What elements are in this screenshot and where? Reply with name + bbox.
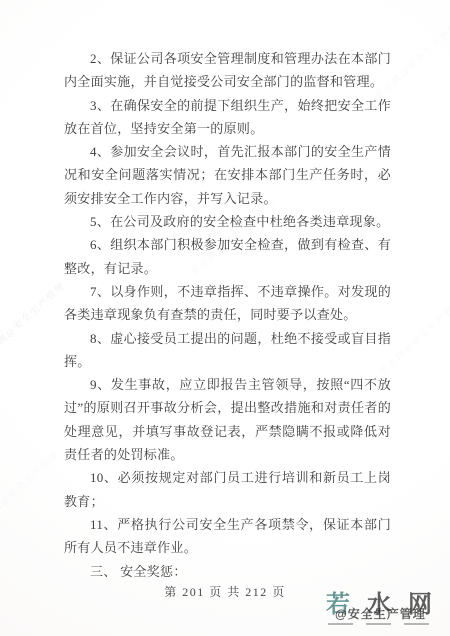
diagonal-watermark: 若水网@安全生产管理 (0, 279, 68, 362)
diagonal-watermark: 若水网@安全生产管理 (0, 447, 62, 530)
logo-mark (328, 623, 353, 625)
logo-mark (366, 623, 391, 625)
paragraph-item-11: 11、严格执行公司安全生产各项禁令，保证本部门所有人员不违章作业。 (64, 513, 391, 560)
logo-mark (404, 623, 429, 625)
paragraph-item-5: 5、在公司及政府的安全检查中杜绝各类违章现象。 (64, 210, 391, 233)
site-logo-watermark: 若水网 @安全生产管理 (326, 592, 450, 634)
logo-subtext-marks (328, 623, 450, 625)
section-heading: 三、 安全奖惩： (64, 560, 391, 583)
paragraph-item-10: 10、必须按规定对部门员工进行培训和新员工上岗教育； (64, 466, 391, 513)
paragraph-item-3: 3、在确保安全的前提下组织生产，始终把安全工作放在首位，坚持安全第一的原则。 (64, 94, 391, 141)
paragraph-item-9: 9、发生事故，应立即报告主管领导，按照“四不放过”的原则召开事故分析会，提出整改… (64, 373, 391, 466)
document-page: 若水网@安全生产管理 若水网@安全生产管理 若水网@安全生产管理 若水网@安全生… (0, 0, 450, 636)
paragraph-item-4: 4、参加安全会议时，首先汇报本部门的安全生产情况和安全问题落实情况；在安排本部门… (64, 140, 391, 210)
logo-overlay-text: @安全生产管理 (335, 605, 426, 622)
document-body: 2、保证公司各项安全管理制度和管理办法在本部门内全面实施，并自觉接受公司安全部门… (64, 47, 391, 583)
paragraph-item-8: 8、虚心接受员工提出的问题，杜绝不接受或盲目指挥。 (64, 327, 391, 374)
paragraph-item-7: 7、以身作则，不违章指挥、不违章操作。对发现的各类违章现象负有查禁的责任，同时要… (64, 280, 391, 327)
paragraph-item-2: 2、保证公司各项安全管理制度和管理办法在本部门内全面实施，并自觉接受公司安全部门… (64, 47, 391, 94)
paragraph-item-6: 6、组织本部门积极参加安全检查，做到有检查、有整改，有记录。 (64, 233, 391, 280)
